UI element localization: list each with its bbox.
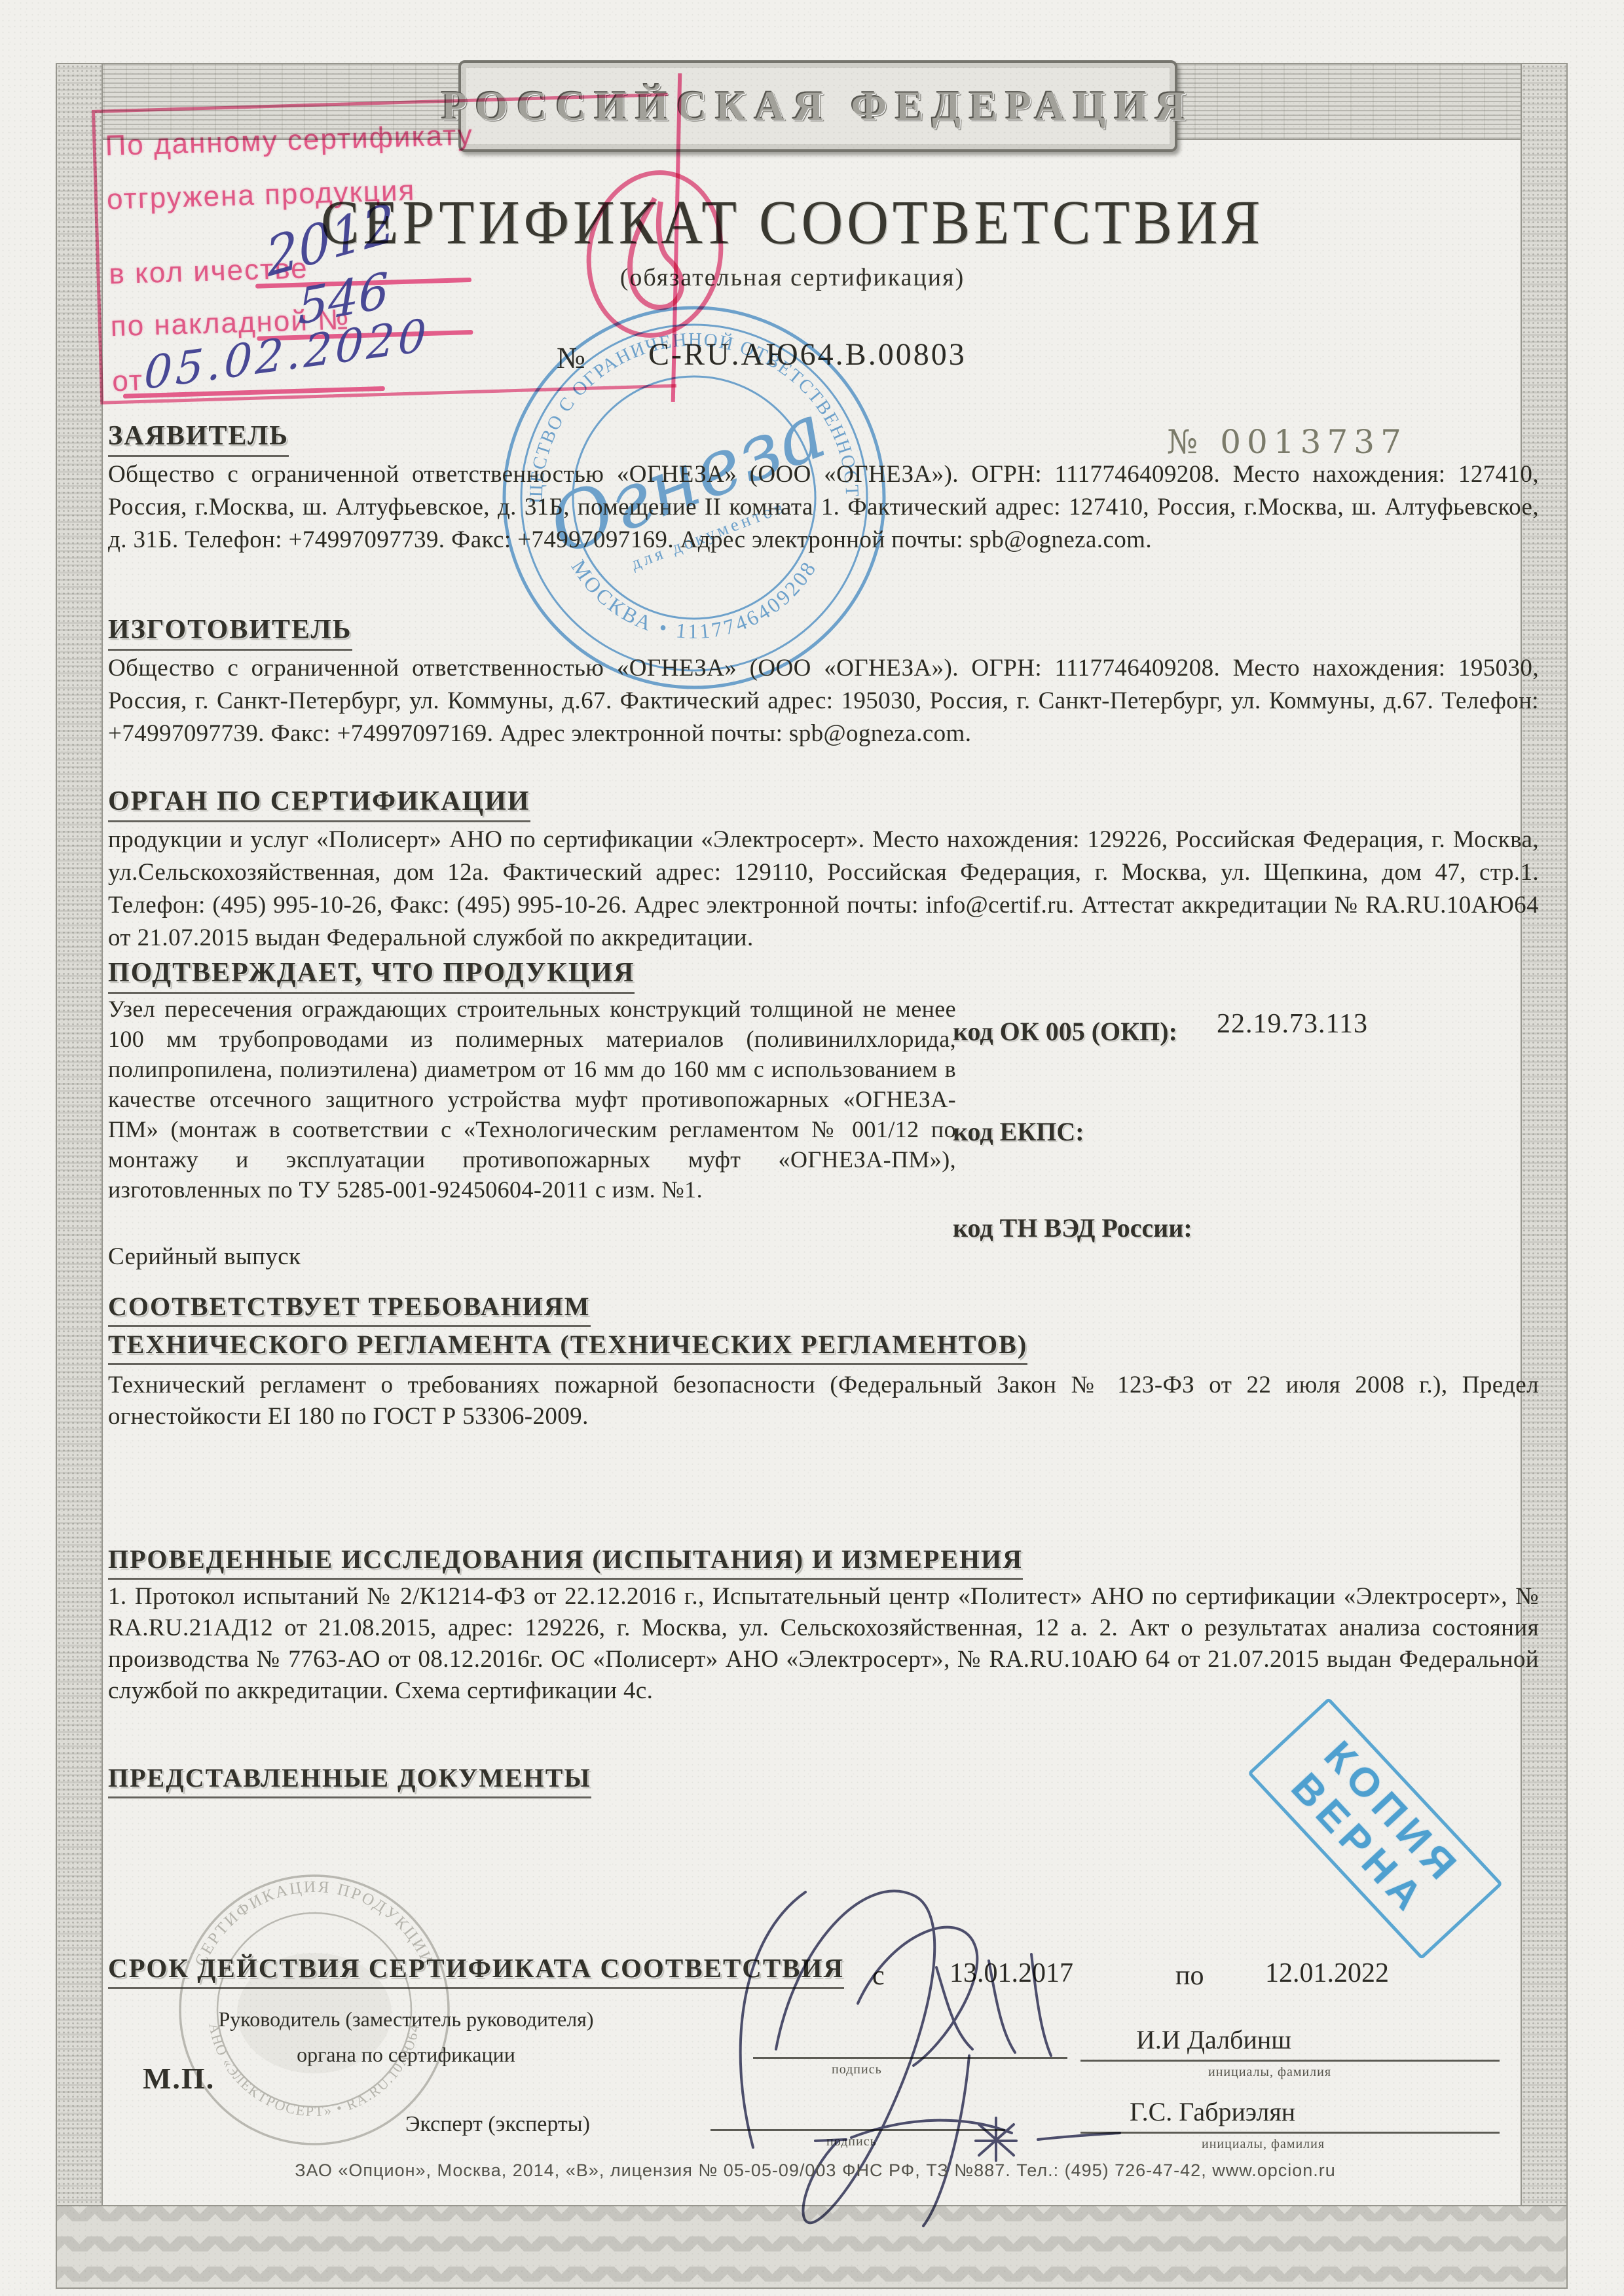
section-product-heading: ПОДТВЕРЖДАЕТ, ЧТО ПРОДУКЦИЯ [108, 957, 635, 994]
section-manufacturer-heading: ИЗГОТОВИТЕЛЬ [108, 614, 352, 651]
compliance-text: Технический регламент о требованиях пожа… [108, 1370, 1539, 1432]
head-role-line1: Руководитель (заместитель руководителя) [196, 2007, 616, 2032]
section-documents-heading: ПРЕДСТАВЛЕННЫЕ ДОКУМЕНТЫ [108, 1762, 591, 1798]
form-number: № 0013737 [1167, 423, 1407, 461]
applicant-text: Общество с ограниченной ответственностью… [108, 458, 1539, 556]
certificate-page: РОССИЙСКАЯ ФЕДЕРАЦИЯ СЕРТИФИКАТ СООТВЕТС… [0, 0, 1624, 2296]
section-research-heading: ПРОВЕДЕННЫЕ ИССЛЕДОВАНИЯ (ИСПЫТАНИЯ) И И… [108, 1544, 1023, 1580]
serial-issue-text: Серийный выпуск [108, 1241, 301, 1273]
manufacturer-text: Общество с ограниченной ответственностью… [108, 652, 1539, 750]
svg-text:МОСКВА • 1117746409208: МОСКВА • 1117746409208 [567, 556, 822, 644]
ekps-code-label: код ЕКПС: [953, 1116, 1084, 1147]
section-cert-body-heading: ОРГАН ПО СЕРТИФИКАЦИИ [108, 786, 530, 822]
shipping-stamp-line1: По данному сертификату [105, 119, 474, 163]
expert-role-label: Эксперт (эксперты) [367, 2112, 629, 2137]
cert-body-text: продукции и услуг «Полисерт» АНО по серт… [108, 824, 1539, 955]
tnved-code-label: код ТН ВЭД России: [953, 1212, 1192, 1243]
print-house-footer: ЗАО «Опцион», Москва, 2014, «В», лицензи… [92, 2160, 1539, 2181]
shipping-stamp: По данному сертификату отгружена продукц… [92, 93, 676, 405]
research-text: 1. Протокол испытаний № 2/К1214-ФЗ от 22… [108, 1581, 1539, 1707]
seal-place-label: М.П. [143, 2061, 215, 2096]
border-left-band [56, 63, 103, 2289]
section-applicant-heading: ЗАЯВИТЕЛЬ [108, 420, 289, 457]
head-role-line2: органа по сертификации [196, 2043, 616, 2067]
okp-code-value: 22.19.73.113 [1217, 1008, 1368, 1040]
section-compliance-heading2: ТЕХНИЧЕСКОГО РЕГЛАМЕНТА (ТЕХНИЧЕСКИХ РЕГ… [108, 1329, 1027, 1365]
okp-code-label: код ОК 005 (ОКП): [953, 1016, 1177, 1047]
ogneza-stamp-bottom-arc: МОСКВА • 1117746409208 [567, 556, 822, 644]
product-text: Узел пересечения ограждающих строительны… [108, 994, 956, 1205]
section-compliance-heading1: СООТВЕТСТВУЕТ ТРЕБОВАНИЯМ [108, 1291, 591, 1327]
